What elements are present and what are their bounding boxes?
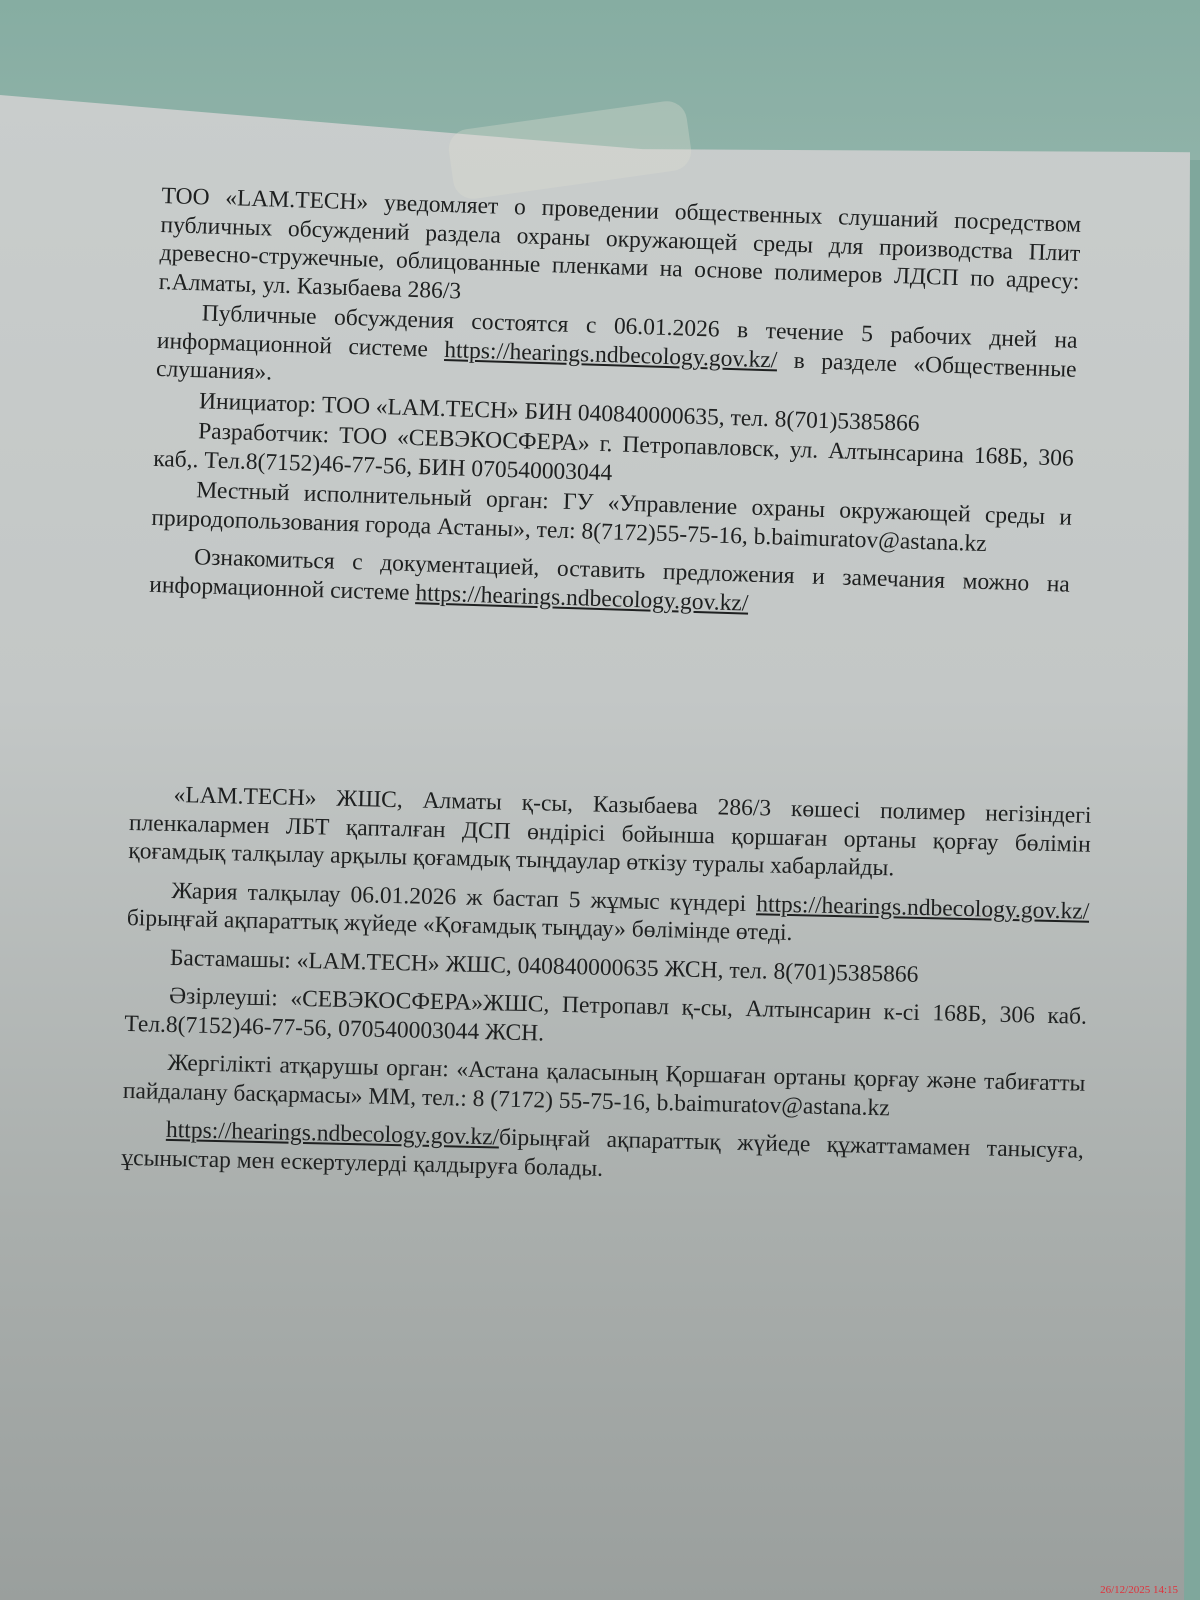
kz-discussion: Жария талқылау 06.01.2026 ж бастап 5 жұм… <box>127 875 1090 954</box>
notice-russian: ТОО «LAM.TECH» уведомляет о проведении о… <box>149 182 1082 630</box>
notice-kazakh: «LAM.TECH» ЖШС, Алматы қ-сы, Казыбаева 2… <box>121 780 1092 1196</box>
kz-developer: Әзірлеуші: «СЕВЭКОСФЕРА»ЖШС, Петропавл қ… <box>124 981 1087 1060</box>
kz-discussion-link[interactable]: https://hearings.ndbecology.gov.kz/ <box>756 891 1090 925</box>
kz-local-authority: Жергілікті атқарушы орган: «Астана қалас… <box>123 1048 1086 1127</box>
kz-review-link[interactable]: https://hearings.ndbecology.gov.kz/ <box>166 1117 500 1151</box>
photo-timestamp: 26/12/2025 14:15 <box>1100 1584 1178 1596</box>
